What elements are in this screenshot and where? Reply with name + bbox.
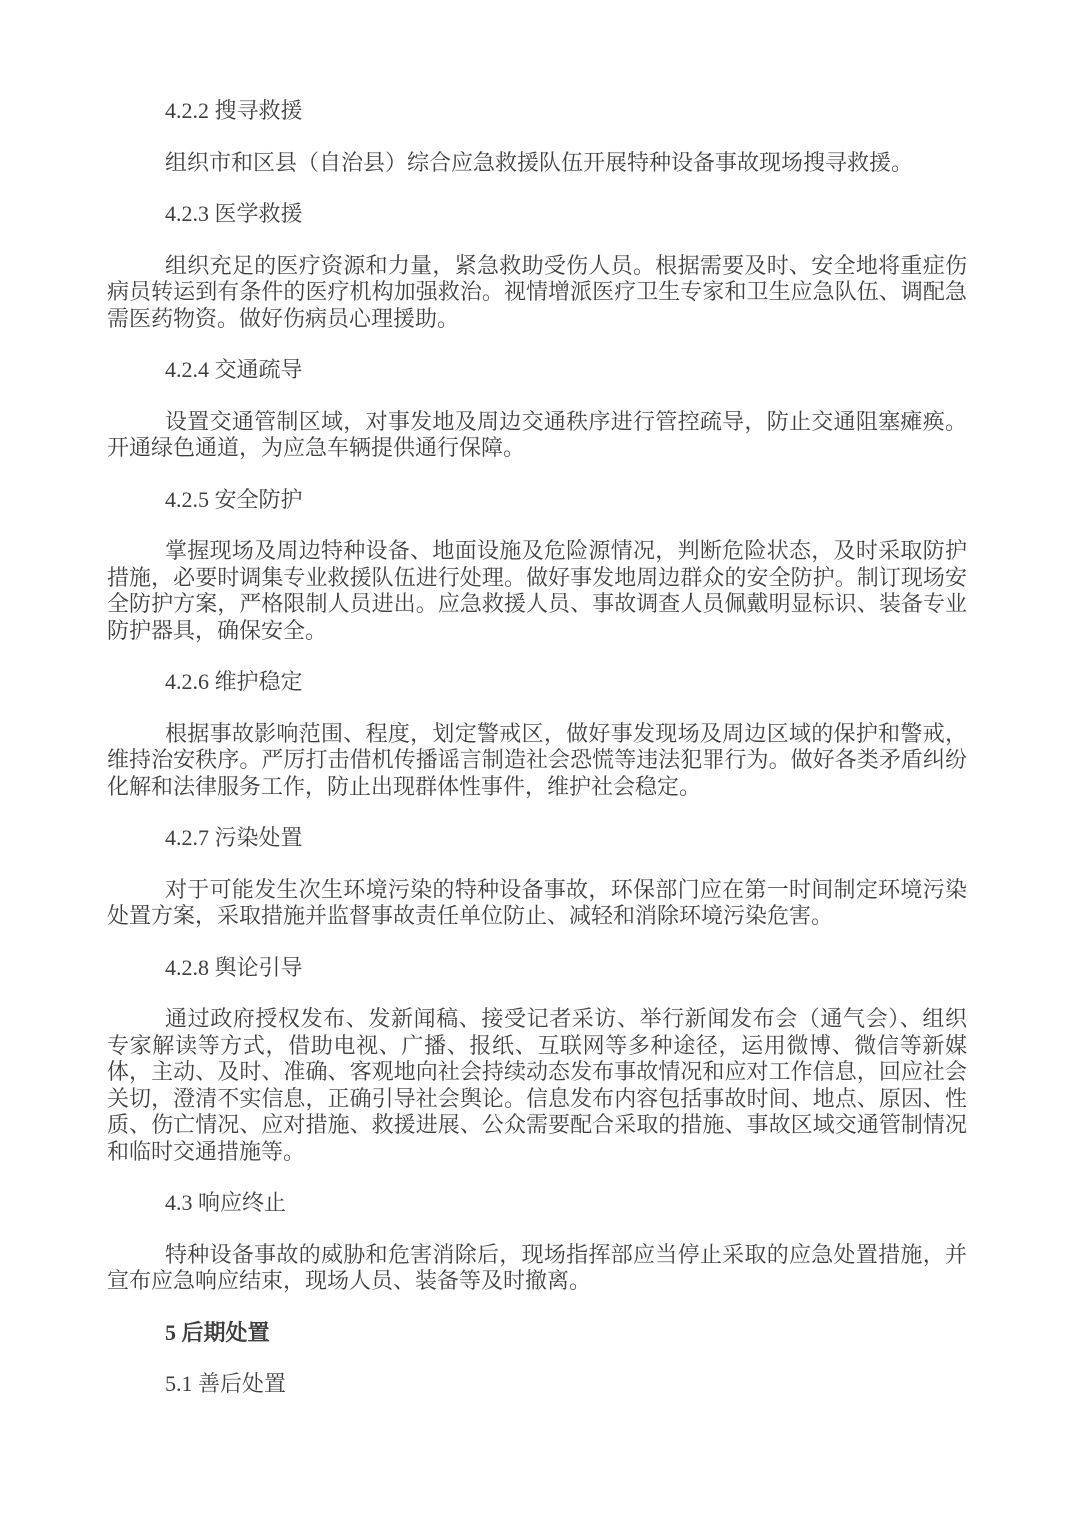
heading-5: 5 后期处置 [107, 1320, 967, 1347]
paragraph-4-2-8: 通过政府授权发布、发新闻稿、接受记者采访、举行新闻发布会（通气会）、组织专家解读… [107, 1006, 967, 1165]
heading-4-3: 4.3 响应终止 [107, 1190, 967, 1217]
paragraph-4-3: 特种设备事故的威胁和危害消除后，现场指挥部应当停止采取的应急处置措施，并宣布应急… [107, 1242, 967, 1295]
heading-5-1: 5.1 善后处置 [107, 1371, 967, 1398]
heading-4-2-4: 4.2.4 交通疏导 [107, 357, 967, 384]
paragraph-4-2-6: 根据事故影响范围、程度，划定警戒区，做好事发现场及周边区域的保护和警戒，维持治安… [107, 721, 967, 801]
heading-4-2-7: 4.2.7 污染处置 [107, 825, 967, 852]
paragraph-4-2-5: 掌握现场及周边特种设备、地面设施及危险源情况，判断危险状态，及时采取防护措施，必… [107, 538, 967, 644]
heading-4-2-2: 4.2.2 搜寻救援 [107, 98, 967, 125]
paragraph-4-2-4: 设置交通管制区域，对事发地及周边交通秩序进行管控疏导，防止交通阻塞瘫痪。开通绿色… [107, 409, 967, 462]
heading-4-2-8: 4.2.8 舆论引导 [107, 955, 967, 982]
heading-4-2-5: 4.2.5 安全防护 [107, 487, 967, 514]
paragraph-4-2-7: 对于可能发生次生环境污染的特种设备事故，环保部门应在第一时间制定环境污染处置方案… [107, 877, 967, 930]
document-page: 4.2.2 搜寻救援组织市和区县（自治县）综合应急救援队伍开展特种设备事故现场搜… [0, 0, 1073, 1519]
paragraph-4-2-2: 组织市和区县（自治县）综合应急救援队伍开展特种设备事故现场搜寻救援。 [107, 150, 967, 177]
document-body: 4.2.2 搜寻救援组织市和区县（自治县）综合应急救援队伍开展特种设备事故现场搜… [107, 98, 967, 1398]
paragraph-4-2-3: 组织充足的医疗资源和力量，紧急救助受伤人员。根据需要及时、安全地将重症伤病员转运… [107, 253, 967, 333]
heading-4-2-3: 4.2.3 医学救援 [107, 201, 967, 228]
heading-4-2-6: 4.2.6 维护稳定 [107, 669, 967, 696]
